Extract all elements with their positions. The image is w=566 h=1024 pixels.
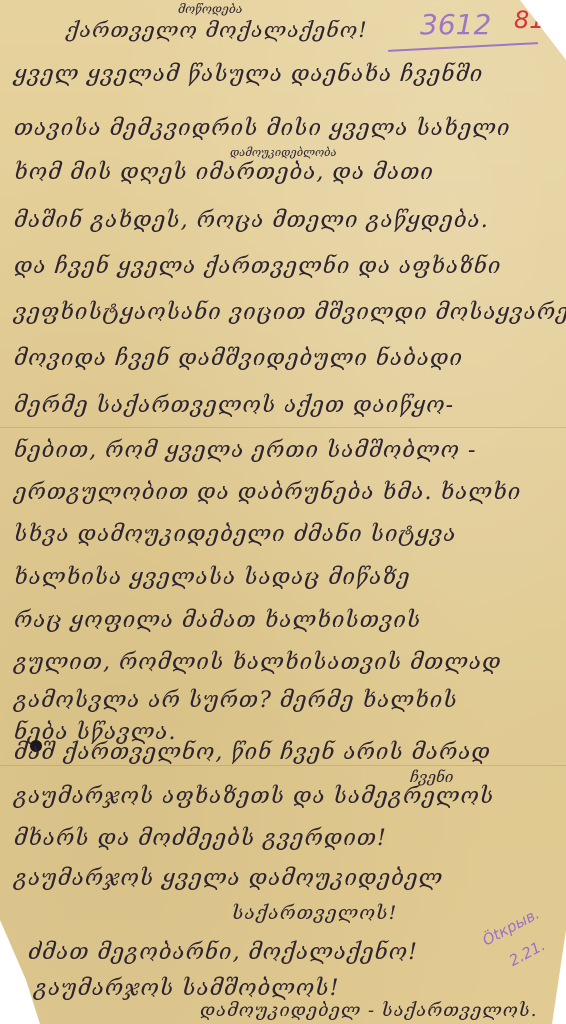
manuscript-line: გულით, რომლის ხალხისათვის მთლად bbox=[14, 650, 502, 675]
manuscript-line: გაუმარჯოს აფხაზეთს და სამეგრელოს bbox=[14, 784, 494, 809]
archive-underline bbox=[388, 42, 538, 52]
manuscript-line: და ჩვენ ყველა ქართველნი და აფხაზნი bbox=[14, 254, 501, 279]
small-note-above-title: მოწოდება bbox=[178, 2, 242, 16]
manuscript-line: თავისა მემკვიდრის მისი ყველა სახელი bbox=[14, 116, 510, 141]
archive-page-number: 81 bbox=[514, 6, 545, 34]
manuscript-line: რაც ყოფილა მამათ ხალხისთვის bbox=[14, 608, 421, 633]
manuscript-line: ვეფხისტყაოსანი ვიცით მშვილდი მოსაყვარე bbox=[14, 300, 566, 325]
manuscript-line: ხომ მის დღეს იმართება, და მათი bbox=[14, 160, 434, 185]
manuscript-line: ნებით, რომ ყველა ერთი სამშობლო - bbox=[14, 438, 476, 463]
manuscript-line: გაუმარჯოს ყველა დამოუკიდებელ bbox=[14, 866, 443, 891]
manuscript-line: მოვიდა ჩვენ დამშვიდებული ნაბადი bbox=[14, 346, 463, 371]
interlinear-note: დამოუკიდებლობა bbox=[230, 146, 337, 159]
manuscript-page: მოწოდება ქართველო მოქალაქენო! 3612 81 ყვ… bbox=[0, 0, 566, 1024]
manuscript-line: ხალხისა ყველასა სადაც მიწაზე bbox=[14, 565, 411, 590]
manuscript-line: საქართველოს! bbox=[232, 902, 397, 924]
paper-fold-line bbox=[0, 427, 566, 428]
manuscript-line: დამოუკიდებელ - საქართველოს. bbox=[200, 1000, 537, 1021]
manuscript-line: ყველ ყველამ წასულა დაენახა ჩვენში bbox=[14, 62, 483, 87]
archive-catalog-number: 3612 bbox=[420, 8, 491, 41]
manuscript-line: გამოსვლა არ სურთ? მერმე ხალხის bbox=[14, 688, 458, 713]
manuscript-line: მაშინ გახდეს, როცა მთელი გაწყდება. bbox=[14, 208, 489, 233]
manuscript-line: ძმათ მეგობარნი, მოქალაქენო! bbox=[28, 940, 418, 965]
manuscript-line: სხვა დამოუკიდებელი ძმანი სიტყვა bbox=[14, 522, 456, 547]
manuscript-title: ქართველო მოქალაქენო! bbox=[66, 18, 368, 42]
manuscript-line: მხარს და მოძმეებს გვერდით! bbox=[14, 826, 387, 851]
manuscript-line: მაშ ქართველნო, წინ ჩვენ არის მარად bbox=[14, 740, 491, 765]
date-stamp-line2: 2.21. bbox=[506, 936, 548, 970]
manuscript-line: ერთგულობით და დაბრუნება ხმა. ხალხი bbox=[14, 480, 521, 505]
manuscript-line: გაუმარჯოს სამშობლოს! bbox=[34, 976, 339, 1001]
manuscript-line: მერმე საქართველოს აქეთ დაიწყო- bbox=[14, 393, 454, 418]
paper-fold-line bbox=[0, 765, 566, 766]
